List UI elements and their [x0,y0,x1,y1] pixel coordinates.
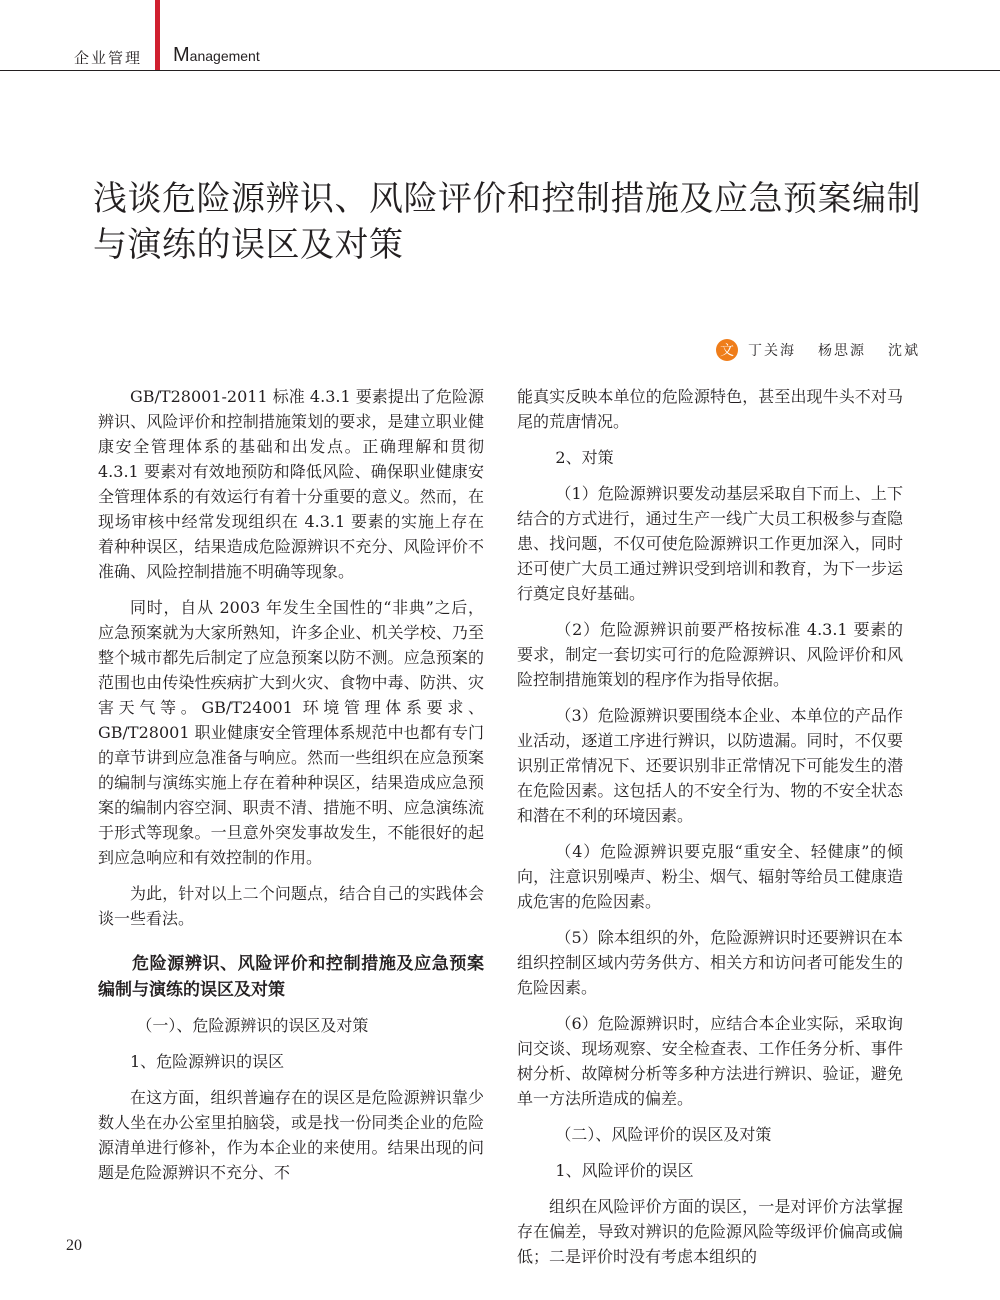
paragraph-continued: 能真实反映本单位的危险源特色，甚至出现牛头不对马尾的荒唐情况。 [517,384,903,434]
section-label-en-initial: M [173,44,190,66]
article-title: 浅谈危险源辨识、风险评价和控制措施及应急预案编制与演练的误区及对策 [93,176,923,268]
subheading: 1、危险源辨识的误区 [98,1049,484,1074]
author-badge-icon: 文 [716,339,738,361]
header-accent-bar [155,0,160,71]
list-item: （1）危险源辨识要发动基层采取自下而上、上下结合的方式进行，通过生产一线广大员工… [517,481,903,606]
paragraph: 同时，自从 2003 年发生全国性的“非典”之后，应急预案就为大家所熟知，许多企… [98,595,484,870]
paragraph: 为此，针对以上二个问题点，结合自己的实践体会谈一些看法。 [98,881,484,931]
subheading: （二）、风险评价的误区及对策 [517,1122,903,1147]
list-item: （2）危险源辨识前要严格按标准 4.3.1 要素的要求，制定一套切实可行的危险源… [517,617,903,692]
section-label-en: Management [173,44,260,67]
right-column: 能真实反映本单位的危险源特色，甚至出现牛头不对马尾的荒唐情况。 2、对策 （1）… [517,384,903,1280]
subheading: 2、对策 [517,445,903,470]
author-name: 丁关海 [748,340,796,360]
list-item: （4）危险源辨识要克服“重安全、轻健康”的倾向，注意识别噪声、粉尘、烟气、辐射等… [517,839,903,914]
author-name: 沈斌 [888,340,920,360]
author-name: 杨思源 [818,340,866,360]
byline: 文 丁关海 杨思源 沈斌 [716,339,920,361]
paragraph: 组织在风险评价方面的误区，一是对评价方法掌握存在偏差，导致对辨识的危险源风险等级… [517,1194,903,1269]
header-divider [0,70,1000,71]
list-item: （3）危险源辨识要围绕本企业、本单位的产品作业活动，逐道工序进行辨识，以防遗漏。… [517,703,903,828]
paragraph: GB/T28001-2011 标准 4.3.1 要素提出了危险源辨识、风险评价和… [98,384,484,584]
subheading: （一）、危险源辨识的误区及对策 [98,1013,484,1038]
left-column: GB/T28001-2011 标准 4.3.1 要素提出了危险源辨识、风险评价和… [98,384,484,1196]
paragraph: 在这方面，组织普遍存在的误区是危险源辨识靠少数人坐在办公室里拍脑袋，或是找一份同… [98,1085,484,1185]
subheading: 1、风险评价的误区 [517,1158,903,1183]
list-item: （5）除本组织的外，危险源辨识时还要辨识在本组织控制区域内劳务供方、相关方和访问… [517,925,903,1000]
page-number: 20 [66,1237,82,1255]
section-label-cn: 企业管理 [74,47,142,68]
section-label-en-rest: anagement [190,48,260,64]
section-heading: 危险源辨识、风险评价和控制措施及应急预案编制与演练的误区及对策 [98,951,484,1003]
list-item: （6）危险源辨识时，应结合本企业实际，采取询问交谈、现场观察、安全检查表、工作任… [517,1011,903,1111]
